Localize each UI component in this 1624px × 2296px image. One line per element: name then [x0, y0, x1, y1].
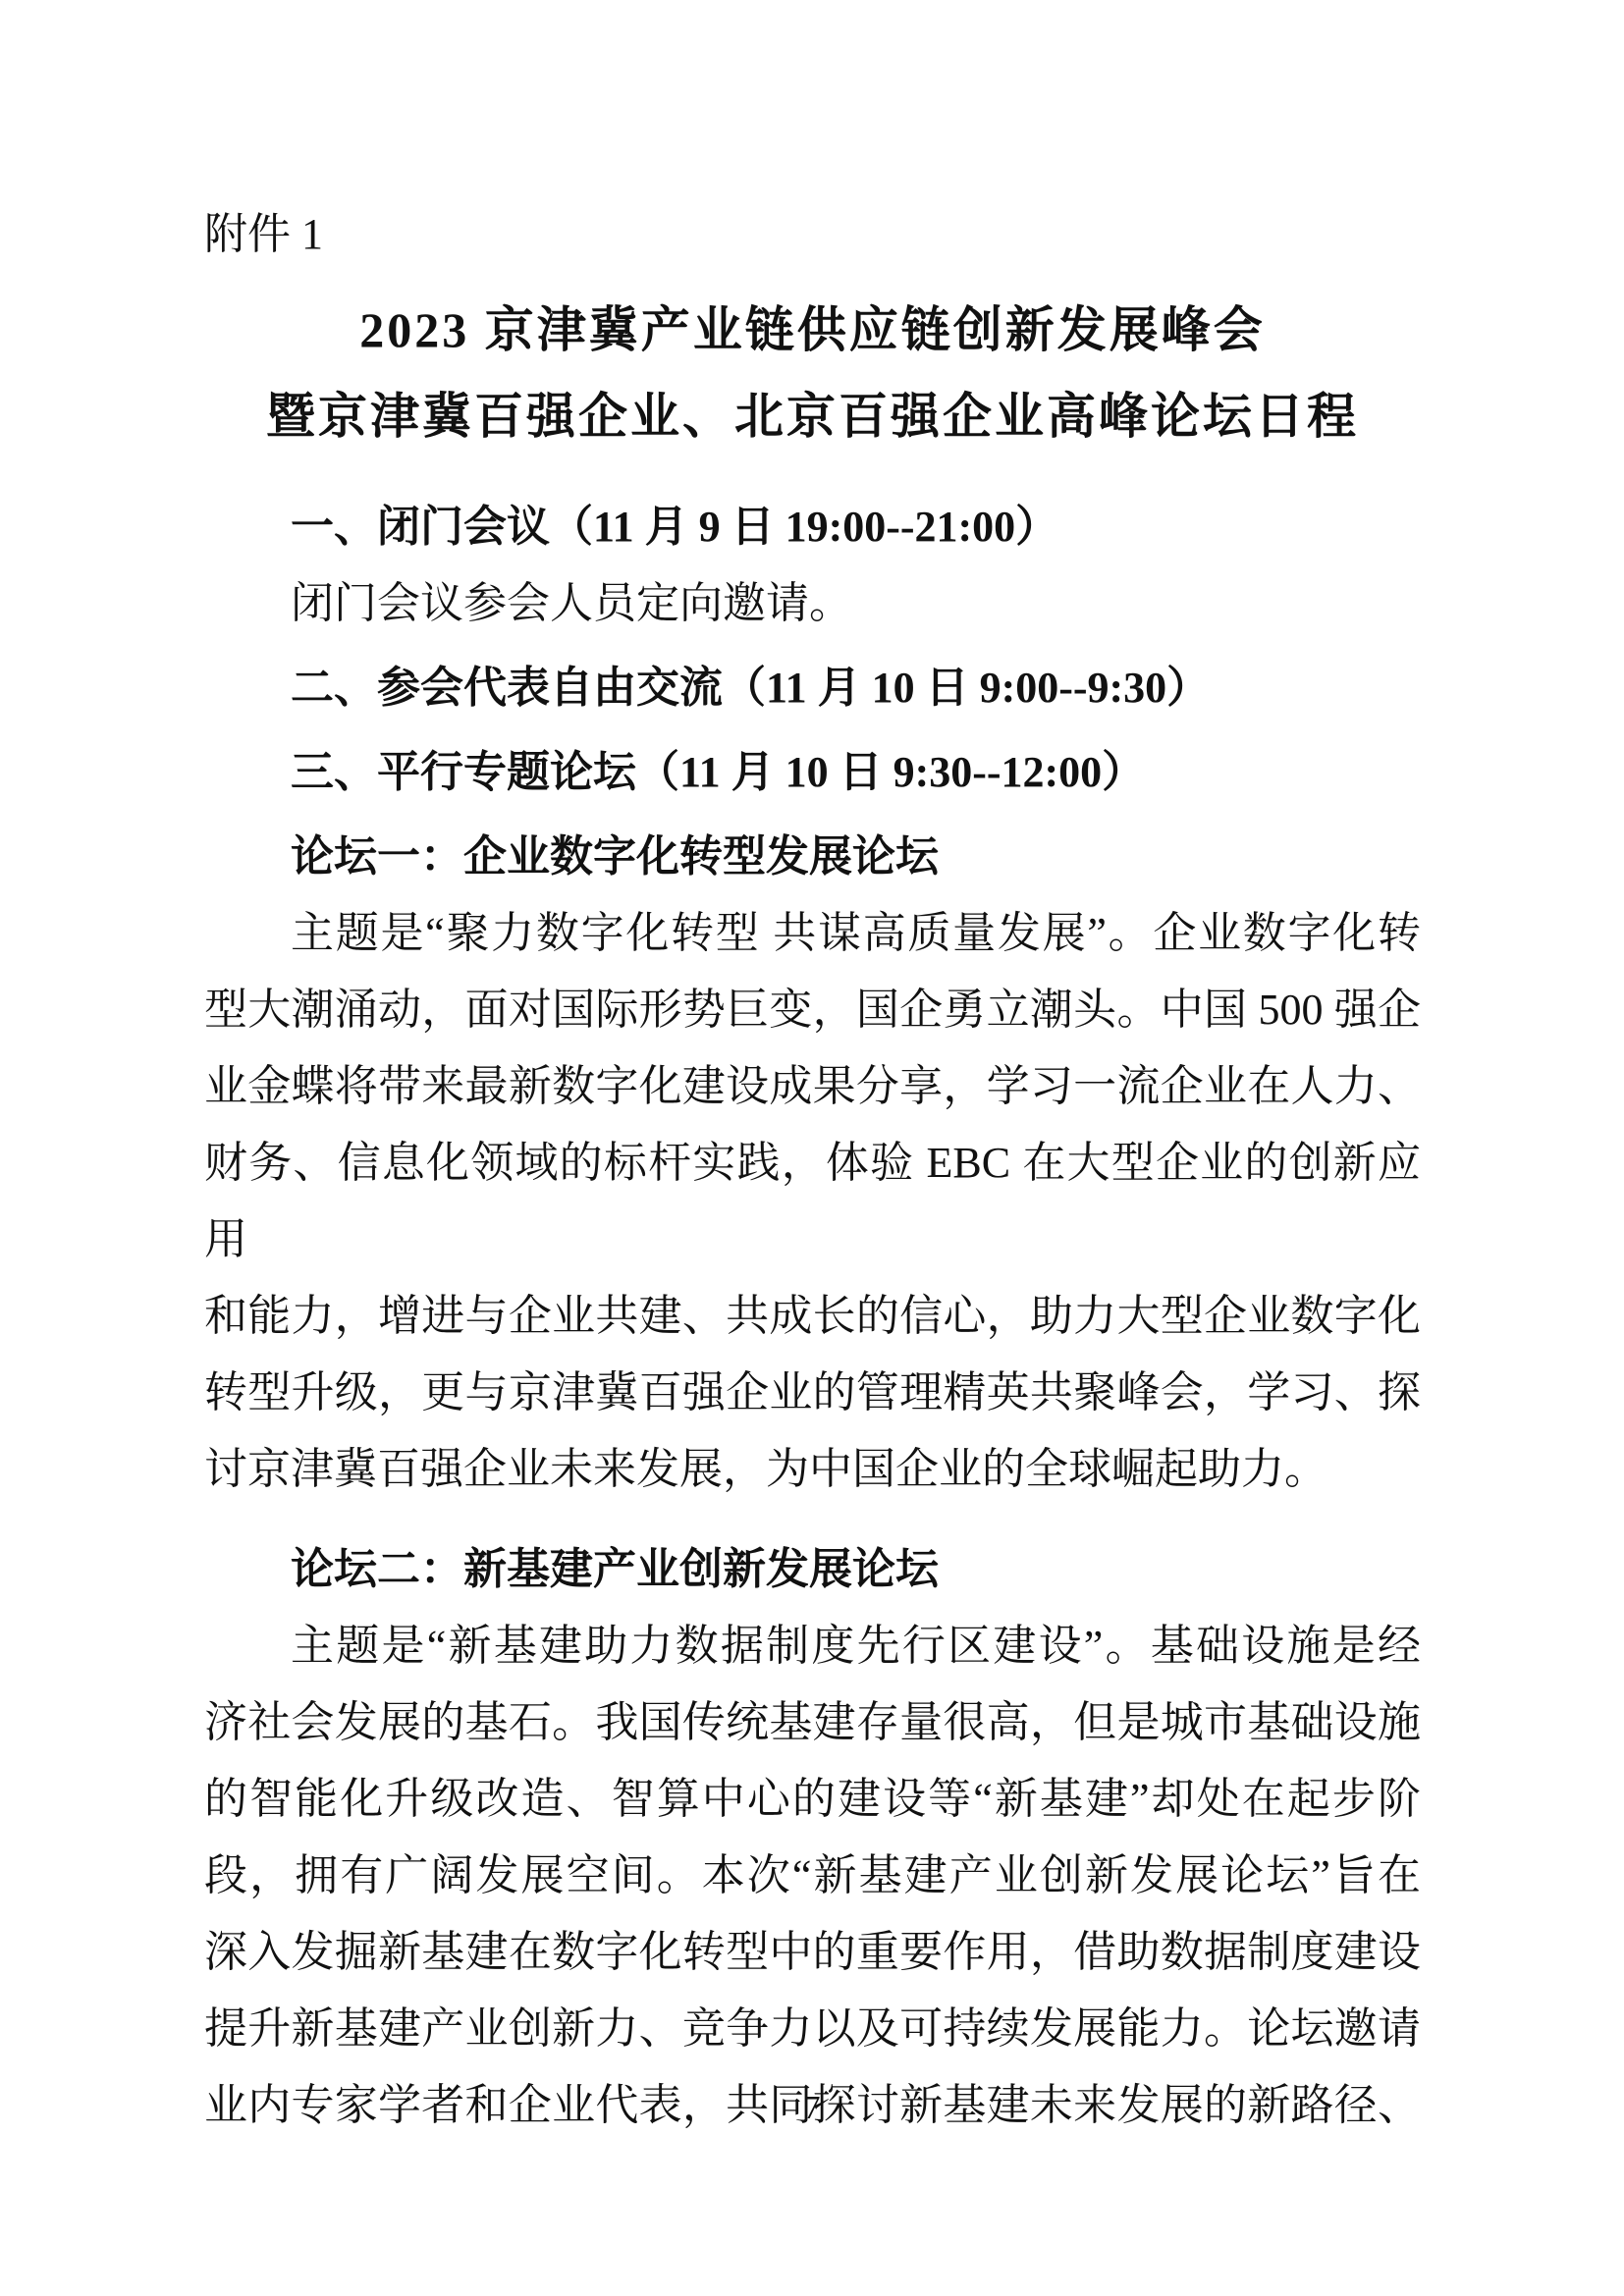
paragraph-line: 财务、信息化领域的标杆实践，体验 EBC 在大型企业的创新应用 — [204, 1125, 1421, 1278]
section-heading-free-exchange: 二、参会代表自由交流（11 月 10 日 9:00--9:30） — [204, 650, 1421, 726]
paragraph-line: 转型升级，更与京津冀百强企业的管理精英共聚峰会，学习、探 — [204, 1355, 1421, 1431]
paragraph-line: 提升新基建产业创新力、竞争力以及可持续发展能力。论坛邀请 — [204, 1991, 1421, 2067]
section-heading-closed-meeting: 一、闭门会议（11 月 9 日 19:00--21:00） — [204, 489, 1421, 565]
paragraph-line: 业金蝶将带来最新数字化建设成果分享，学习一流企业在人力、 — [204, 1048, 1421, 1125]
attachment-label: 附件 1 — [204, 196, 1421, 273]
document-page: 附件 1 2023 京津冀产业链供应链创新发展峰会 暨京津冀百强企业、北京百强企… — [0, 0, 1624, 2296]
section-heading-parallel-forums: 三、平行专题论坛（11 月 10 日 9:30--12:00） — [204, 734, 1421, 811]
document-title-line1: 2023 京津冀产业链供应链创新发展峰会 — [204, 287, 1421, 373]
document-title: 2023 京津冀产业链供应链创新发展峰会 暨京津冀百强企业、北京百强企业高峰论坛… — [204, 287, 1421, 459]
forum1-heading: 论坛一：企业数字化转型发展论坛 — [204, 819, 1421, 895]
page-number: 7 — [0, 2089, 1624, 2128]
paragraph-line: 深入发掘新基建在数字化转型中的重要作用，借助数据制度建设 — [204, 1914, 1421, 1991]
paragraph-line: 主题是“聚力数字化转型 共谋高质量发展”。企业数字化转 — [204, 895, 1421, 972]
paragraph-line: 的智能化升级改造、智算中心的建设等“新基建”却处在起步阶 — [204, 1761, 1421, 1838]
paragraph-line: 型大潮涌动，面对国际形势巨变，国企勇立潮头。中国 500 强企 — [204, 972, 1421, 1048]
paragraph-line: 济社会发展的基石。我国传统基建存量很高，但是城市基础设施 — [204, 1684, 1421, 1761]
intro-paragraph-line: 闭门会议参会人员定向邀请。 — [204, 565, 1421, 642]
paragraph-line: 讨京津冀百强企业未来发展，为中国企业的全球崛起助力。 — [204, 1431, 1421, 1508]
forum1-paragraph: 主题是“聚力数字化转型 共谋高质量发展”。企业数字化转 型大潮涌动，面对国际形势… — [204, 895, 1421, 1508]
paragraph-line: 主题是“新基建助力数据制度先行区建设”。基础设施是经 — [204, 1608, 1421, 1684]
forum2-heading: 论坛二：新基建产业创新发展论坛 — [204, 1531, 1421, 1608]
document-title-line2: 暨京津冀百强企业、北京百强企业高峰论坛日程 — [204, 373, 1421, 459]
paragraph-line: 段，拥有广阔发展空间。本次“新基建产业创新发展论坛”旨在 — [204, 1838, 1421, 1914]
paragraph-line: 和能力，增进与企业共建、共成长的信心，助力大型企业数字化 — [204, 1278, 1421, 1355]
forum2-paragraph: 主题是“新基建助力数据制度先行区建设”。基础设施是经 济社会发展的基石。我国传统… — [204, 1608, 1421, 2144]
